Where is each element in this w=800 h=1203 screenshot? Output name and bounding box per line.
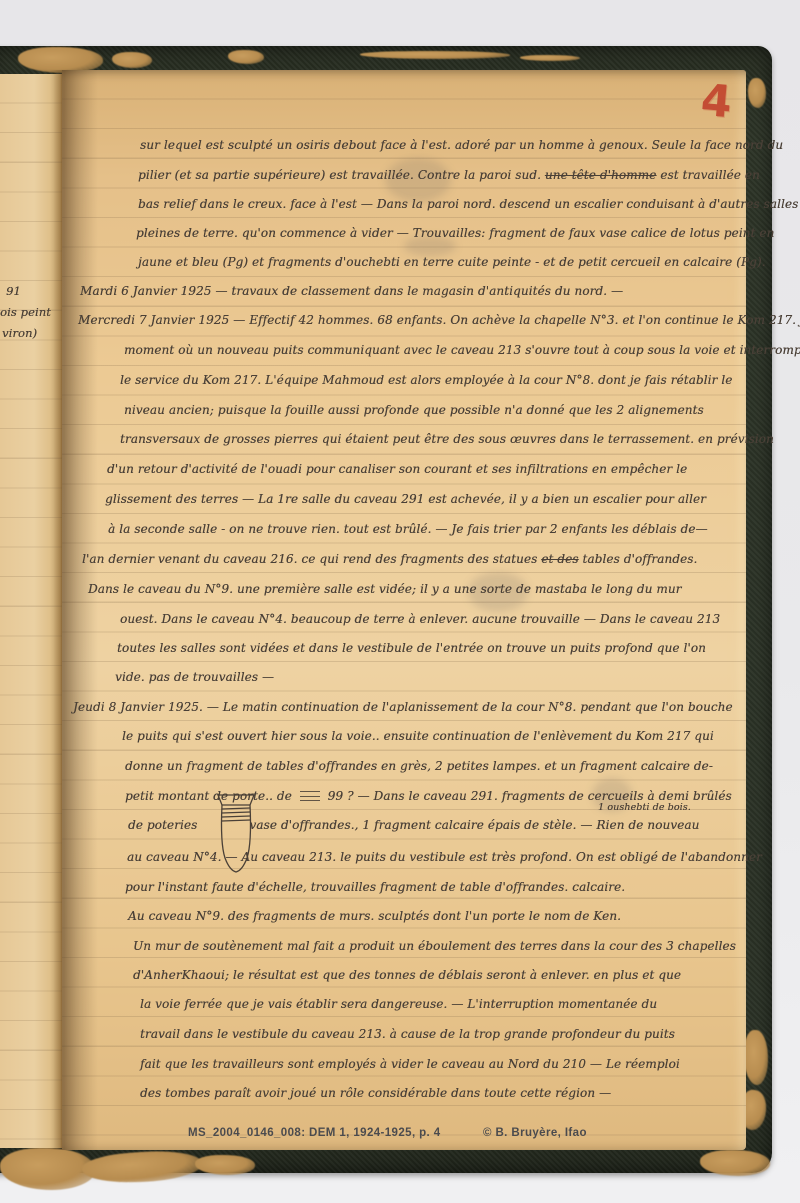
manuscript-line: pilier (et sa partie supérieure) est tra… <box>138 167 760 183</box>
manuscript-line: ois peint <box>0 304 51 320</box>
manuscript-line: travail dans le vestibule du caveau 213.… <box>140 1026 675 1042</box>
vase-sketch <box>215 792 257 876</box>
page-number: 4 <box>699 79 733 126</box>
manuscript-line: le puits qui s'est ouvert hier sous la v… <box>122 728 714 744</box>
manuscript-line: Au caveau N°9. des fragments de murs. sc… <box>128 908 621 924</box>
struck-text: une tête d'homme <box>545 168 656 182</box>
manuscript-line: donne un fragment de tables d'offrandes … <box>125 758 713 774</box>
manuscript-text: sur lequel est sculpté un osiris debout … <box>0 0 800 1203</box>
manuscript-line: 1 oushebti de bois. <box>598 800 691 816</box>
archive-reference: MS_2004_0146_008: DEM 1, 1924-1925, p. 4 <box>188 1126 441 1140</box>
manuscript-line: Mardi 6 Janvier 1925 — travaux de classe… <box>80 283 623 299</box>
manuscript-line: pour l'instant faute d'échelle, trouvail… <box>125 879 625 895</box>
manuscript-line: le service du Kom 217. L'équipe Mahmoud … <box>120 372 732 388</box>
manuscript-line: des tombes paraît avoir joué un rôle con… <box>140 1085 611 1101</box>
manuscript-line: à la seconde salle - on ne trouve rien. … <box>108 521 708 537</box>
notebook-scan: sur lequel est sculpté un osiris debout … <box>0 0 800 1203</box>
manuscript-line: Mercredi 7 Janvier 1925 — Effectif 42 ho… <box>78 312 800 328</box>
manuscript-line: Dans le caveau du N°9. une première sall… <box>88 581 682 597</box>
manuscript-line: fait que les travailleurs sont employés … <box>140 1056 680 1072</box>
manuscript-line: toutes les salles sont vidées et dans le… <box>117 640 706 656</box>
manuscript-line: glissement des terres — La 1re salle du … <box>105 491 706 507</box>
manuscript-line: transversaux de grosses pierres qui étai… <box>120 431 774 447</box>
manuscript-line: ouest. Dans le caveau N°4. beaucoup de t… <box>120 611 720 627</box>
manuscript-line: 91 <box>6 283 21 299</box>
manuscript-line: niveau ancien; puisque la fouille aussi … <box>124 402 704 418</box>
manuscript-line: bas relief dans le creux. face à l'est —… <box>138 196 798 212</box>
copyright-credit: © B. Bruyère, Ifao <box>483 1126 587 1140</box>
manuscript-line: l'an dernier venant du caveau 216. ce qu… <box>82 551 697 567</box>
struck-text: et des <box>541 552 578 566</box>
manuscript-line: vide. pas de trouvailles — <box>115 669 274 685</box>
manuscript-line: viron) <box>2 325 37 341</box>
manuscript-line: jaune et bleu (Pg) et fragments d'oucheb… <box>138 254 766 270</box>
manuscript-line: d'un retour d'activité de l'ouadi pour c… <box>107 461 687 477</box>
manuscript-line: pleines de terre. qu'on commence à vider… <box>136 225 774 241</box>
manuscript-line: Jeudi 8 Janvier 1925. — Le matin continu… <box>73 699 733 715</box>
hieroglyph-sign-sketch <box>300 791 320 801</box>
manuscript-line: sur lequel est sculpté un osiris debout … <box>140 137 783 153</box>
manuscript-line: moment où un nouveau puits communiquant … <box>124 342 800 358</box>
manuscript-line: la voie ferrée que je vais établir sera … <box>140 996 657 1012</box>
manuscript-line: de poteriesvase d'offrandes., 1 fragment… <box>128 817 699 833</box>
manuscript-line: d'AnherKhaoui; le résultat est que des t… <box>133 967 681 983</box>
manuscript-line: Un mur de soutènement mal fait a produit… <box>133 938 736 954</box>
